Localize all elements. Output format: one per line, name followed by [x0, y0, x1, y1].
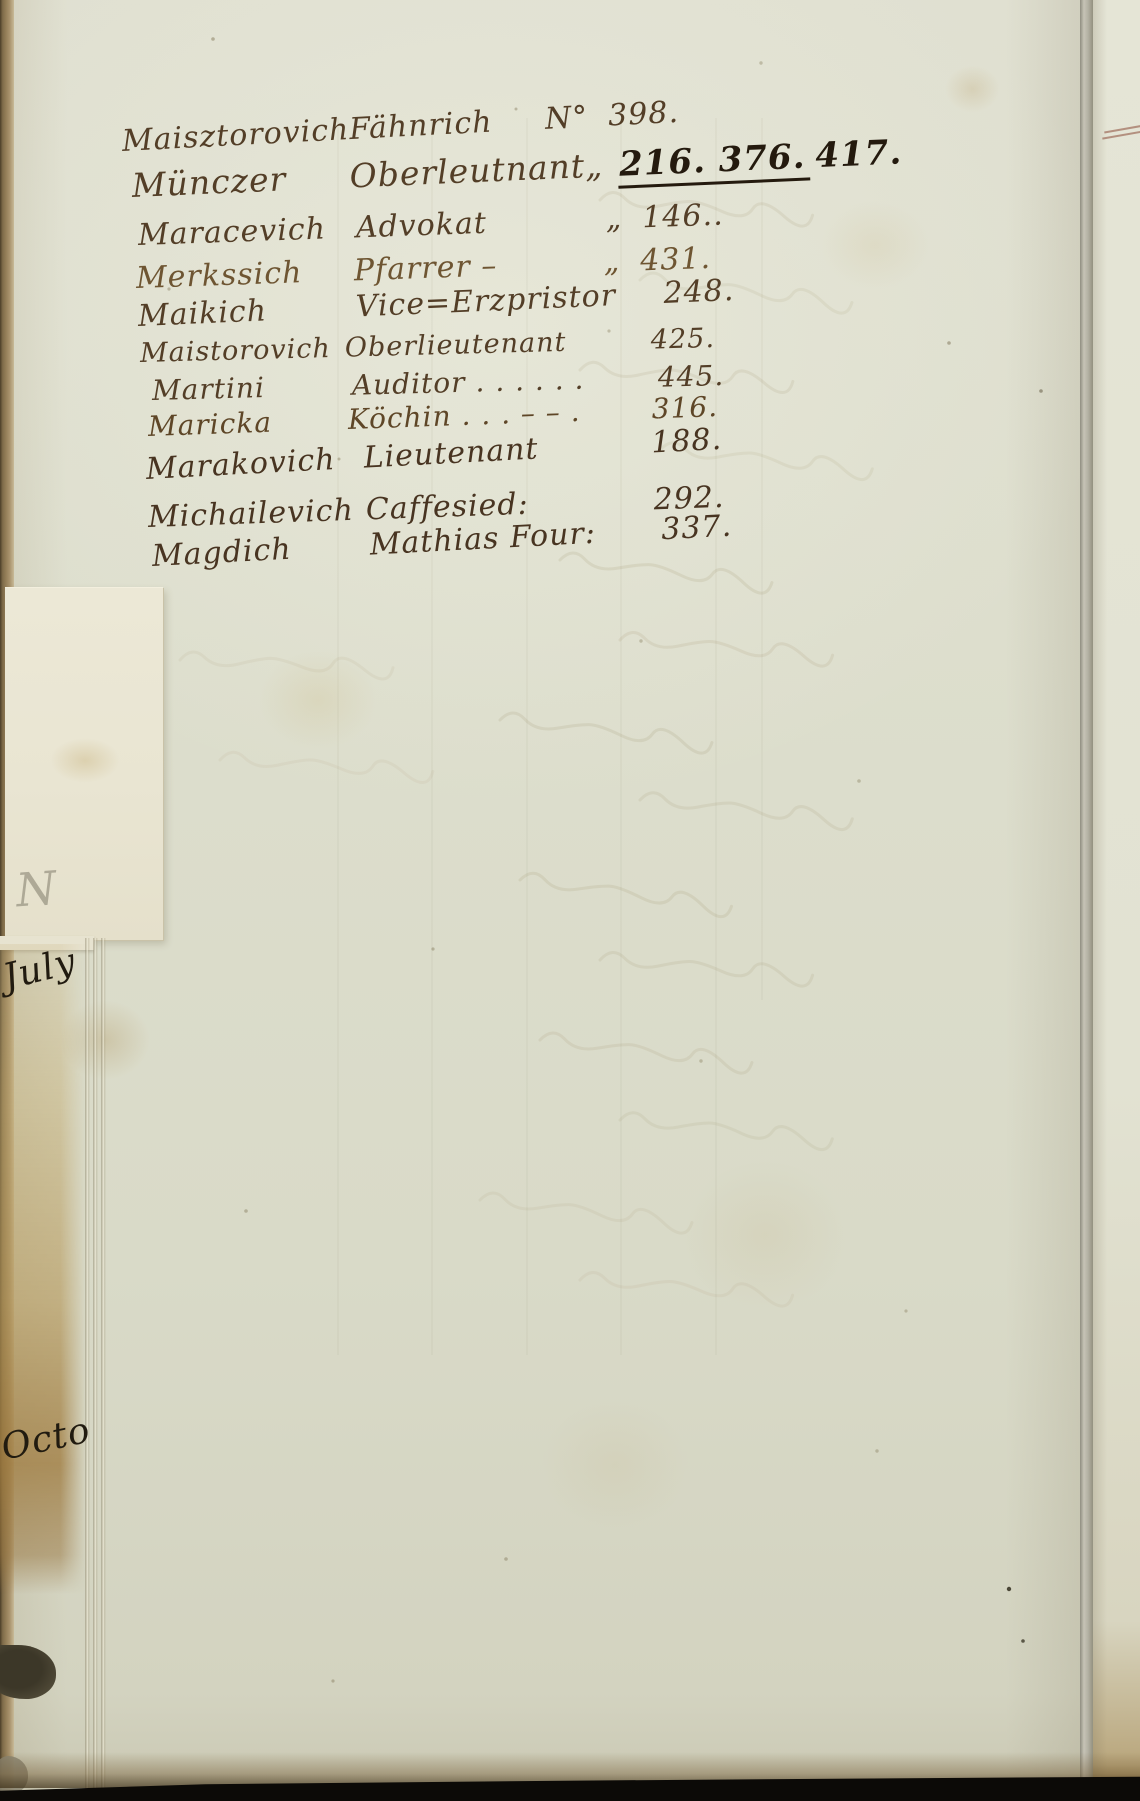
entry-name: Magdich — [151, 528, 371, 574]
entry-page-number-underlined: 216. 376. — [616, 136, 810, 188]
browned-page-edge — [0, 944, 86, 1594]
entry-page-number: 248. — [663, 273, 735, 311]
entry-ditto-mark: „ — [603, 244, 621, 280]
entry-page-number: 398. — [607, 95, 680, 134]
entry-page-number: 337. — [660, 509, 733, 548]
entry-page-number: 316. — [651, 390, 718, 425]
entry-role: Oberlieutenant — [345, 325, 646, 364]
entry-name: Maikich — [137, 290, 356, 334]
entry-page-number: 425. — [650, 323, 715, 356]
scanned-register-page: Maisztorovich Fähnrich N° 398. Münczer O… — [0, 0, 1140, 1801]
entry-page-number: 445. — [657, 359, 724, 394]
entry-role: Fähnrich — [348, 102, 546, 147]
entry-name: Maistorovich — [140, 333, 346, 369]
entry-page-number: 431. — [640, 241, 712, 278]
entry-page-number: 188. — [650, 422, 723, 461]
entry-name: Maisztorovich — [121, 112, 350, 159]
entry-role: Advokat — [355, 202, 606, 246]
entry-name: Maracevich — [137, 210, 356, 253]
entry-name: Marakovich — [145, 441, 365, 487]
entry-number-prefix: N° — [544, 100, 589, 137]
entry-name: Münczer — [131, 157, 350, 205]
entry-name: Martini — [152, 369, 353, 407]
entry-page-number: 146.. — [642, 198, 725, 236]
entry-ditto-mark: „ — [605, 201, 623, 237]
paper-stain — [50, 738, 120, 783]
entry-page-number: 417. — [814, 132, 902, 176]
entry-name: Merkssich — [135, 253, 354, 296]
entry-role: Oberleutnant — [349, 146, 586, 195]
faint-letter-mark: N — [14, 861, 58, 918]
entry-ditto-mark: „ — [584, 145, 604, 185]
page-fold-crease — [85, 938, 107, 1801]
entry-name: Maricka — [147, 403, 348, 443]
